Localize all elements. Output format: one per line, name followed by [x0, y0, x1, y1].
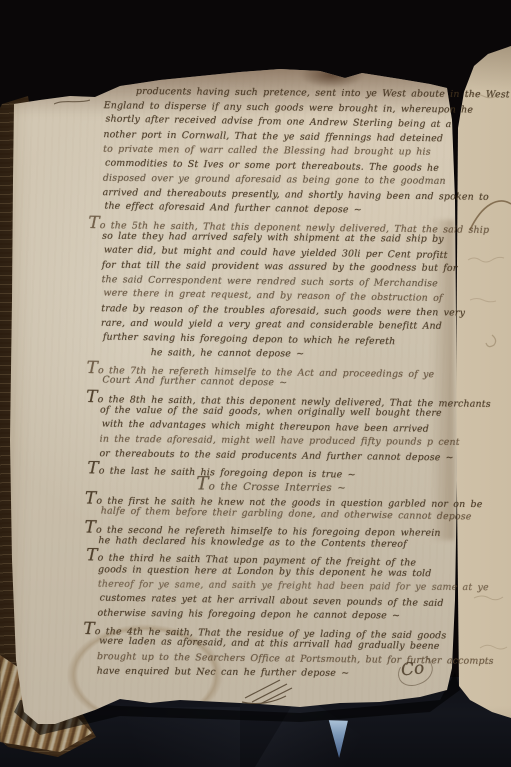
paraph-mark: Co — [400, 656, 452, 701]
margin-dash-mark — [54, 98, 90, 106]
manuscript-text: producents having such pretence, sent in… — [83, 84, 462, 683]
flourish-mark — [240, 676, 300, 704]
manuscript-photo: producents having such pretence, sent in… — [0, 0, 511, 767]
